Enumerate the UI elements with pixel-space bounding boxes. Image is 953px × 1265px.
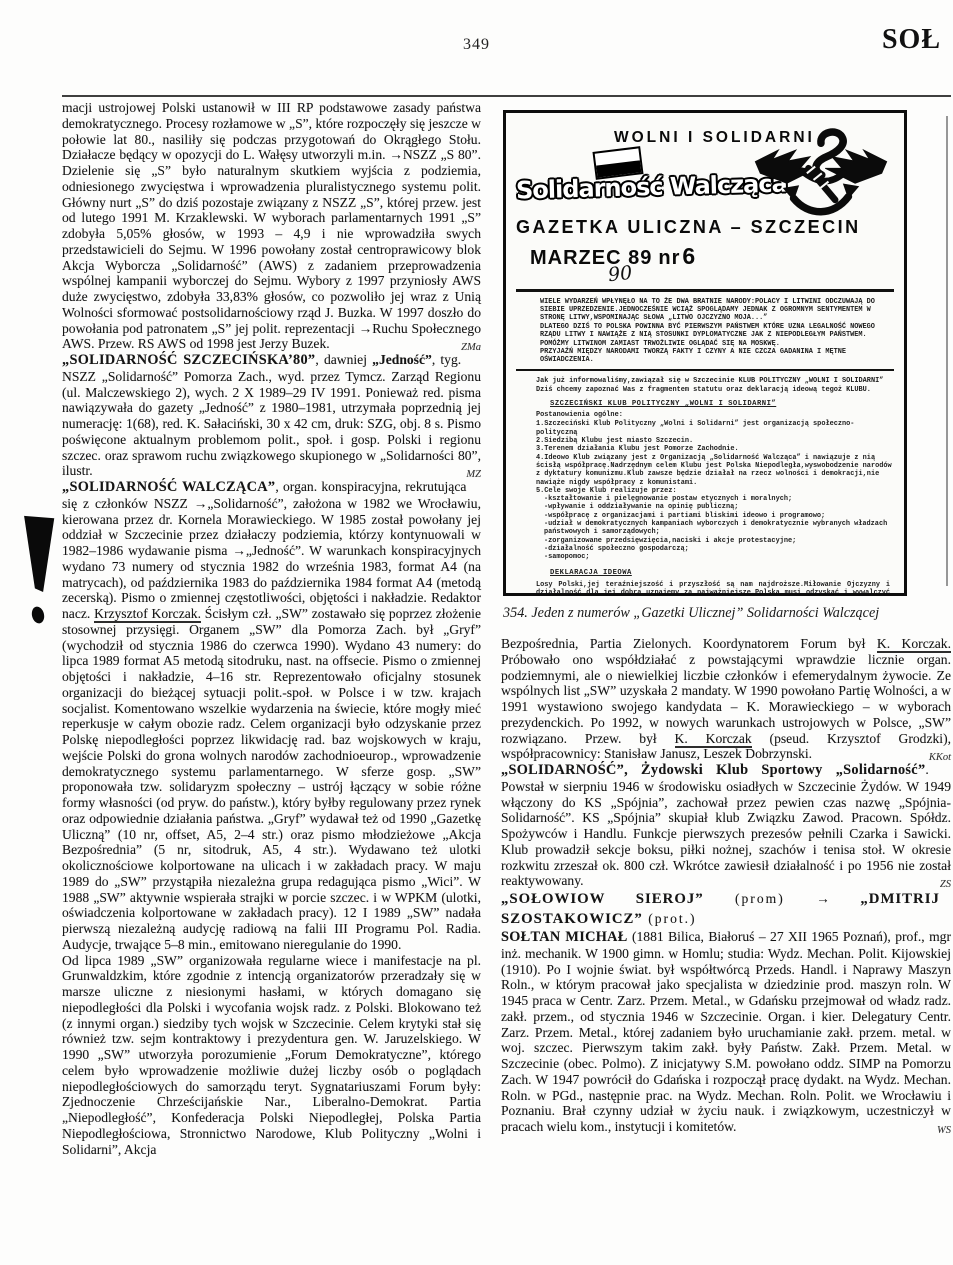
entry-soltan-michal: SOŁTAN MICHAŁ (1881 Bilica, Białoruś – 2… bbox=[501, 929, 951, 1135]
entry-heading: „SOLIDARNOŚĆ SZCZECIŃSKA’80” bbox=[62, 352, 315, 368]
alternate-title: „Jedność” bbox=[372, 352, 432, 367]
entry-solidarnosc-szczecinska-80: „SOLIDARNOŚĆ SZCZECIŃSKA’80”, dawniej „J… bbox=[62, 352, 481, 479]
crossref-note: (prom) bbox=[704, 891, 816, 906]
entry-heading: „SOLIDARNOŚĆ WALCZĄCA” bbox=[62, 479, 275, 495]
editorial-line: DLATEGO DZIŚ TO POLSKA POWINNA BYĆ PIERW… bbox=[540, 323, 892, 340]
gazette-title: GAZETKA ULICZNA – SZCZECIN bbox=[516, 217, 861, 238]
pen-underlined-name: K. Korczak. bbox=[877, 636, 951, 653]
statute-subitem: -samopomoc; bbox=[544, 553, 894, 561]
encyclopedia-page: 349 SOŁ macji ustrojowej Polski ustanowi… bbox=[0, 0, 953, 1265]
editorial-line: POMÓŻMY LITWINOM ZAMIAST TRWOŻLIWIE OGLĄ… bbox=[540, 340, 892, 348]
gazette-lithuania-editorial: WIELE WYDARZEŃ WPŁYNĘŁO NA TO ŻE DWA BRA… bbox=[516, 296, 894, 367]
club-intro-line: Jak już informowaliśmy,zawiązał się w Sz… bbox=[536, 377, 894, 385]
statute-item: 3.Terenem działania Klubu jest Pomorze Z… bbox=[536, 445, 894, 453]
gazette-club-statute-block: Jak już informowaliśmy,zawiązał się w Sz… bbox=[516, 375, 894, 596]
printed-year: 89 bbox=[628, 247, 652, 269]
author-initials: KKot bbox=[929, 750, 951, 766]
entry-solidarnosc-walczaca: „SOLIDARNOŚĆ WALCZĄCA”, organ. konspirac… bbox=[62, 479, 481, 953]
author-initials: MZ bbox=[466, 467, 481, 483]
statute-subitem: -kształtowanie i pielęgnowanie postaw et… bbox=[544, 495, 894, 503]
paragraph-solidarnosc-continuation: macji ustrojowej Polski ustanowił w III … bbox=[62, 100, 481, 352]
right-column: WOLNI I SOLIDARNI Solidarność Walcząca bbox=[501, 100, 951, 1139]
pen-underlined-name: K. Korczak bbox=[675, 731, 752, 748]
page-number: 349 bbox=[0, 36, 953, 54]
issue-label: nr bbox=[658, 247, 680, 269]
handwritten-year: 90 bbox=[607, 262, 633, 286]
issue-number: 6 bbox=[682, 243, 696, 269]
sw-eagle-anchor-emblem-icon bbox=[748, 125, 894, 229]
entry-text: Bezpośrednia, Partia Zielonych. Koordyna… bbox=[501, 636, 877, 651]
entry-text: , organ. konspiracyjna, rekrutująca się … bbox=[62, 479, 481, 621]
gazette-figure: WOLNI I SOLIDARNI Solidarność Walcząca bbox=[503, 110, 907, 596]
entry-heading: „SOLIDARNOŚĆ”, Żydowski Klub Sportowy „S… bbox=[501, 762, 925, 778]
header-rule bbox=[62, 95, 951, 97]
statute-item: 1.Szczeciński Klub Polityczny „Wolni i S… bbox=[536, 420, 894, 437]
entry-solidarnosc-walczaca-continuation: Bezpośrednia, Partia Zielonych. Koordyna… bbox=[501, 636, 951, 762]
entry-text: , dawniej bbox=[315, 352, 372, 367]
statute-subitem: -zorganizowane przedsięwzięcia,naciski i… bbox=[544, 537, 894, 545]
author-initials: WS bbox=[937, 1123, 951, 1139]
entry-text: , tyg. NSZZ „Solidarność” Pomorza Zach.,… bbox=[62, 352, 481, 478]
entry-solowiow-sieroj-crossref: „SOŁOWIOW SIEROJ” (prom) → „DMITRIJ SZOS… bbox=[501, 889, 951, 929]
entry-solidarnosc-walczaca-paragraph-2: Od lipca 1989 „SW” organizowała regularn… bbox=[62, 953, 481, 1158]
crossref-arrow-icon: → bbox=[816, 891, 830, 906]
gazette-masthead: WOLNI I SOLIDARNI Solidarność Walcząca bbox=[516, 121, 894, 287]
declaration-title: DEKLARACJA IDEOWA bbox=[550, 569, 894, 577]
entry-zydowski-klub-sportowy: „SOLIDARNOŚĆ”, Żydowski Klub Sportowy „S… bbox=[501, 762, 951, 889]
declaration-text: Losy Polski,jej teraźniejszość i przyszł… bbox=[536, 581, 894, 596]
margin-exclamation-mark bbox=[24, 512, 60, 644]
pen-underlined-name: Krzysztof Korczak. bbox=[94, 606, 201, 623]
crossref-title: „SOŁOWIOW SIEROJ” bbox=[501, 891, 704, 907]
general-provisions-label: Postanowienia ogólne: bbox=[536, 411, 894, 419]
editorial-line: WIELE WYDARZEŃ WPŁYNĘŁO NA TO ŻE DWA BRA… bbox=[540, 298, 892, 323]
statute-subitem: -współpracę z organizacjami i partiami b… bbox=[544, 512, 894, 520]
club-intro-line: Dziś chcemy zapoznać Was z fragmentem st… bbox=[536, 386, 894, 394]
gazette-rule bbox=[516, 289, 894, 292]
statute-item: 5.Cele swoje Klub realizuje przez: bbox=[536, 487, 894, 495]
entry-heading: SOŁTAN MICHAŁ bbox=[501, 929, 628, 945]
figure-caption: 354. Jeden z numerów „Gazetki Ulicznej” … bbox=[503, 605, 951, 622]
statute-item: 2.Siedzibą Klubu jest miasto Szczecin. bbox=[536, 437, 894, 445]
solidarnosc-walczaca-graffiti-logo: Solidarność Walcząca bbox=[516, 169, 787, 204]
gazette-rule bbox=[516, 369, 894, 372]
statute-title: SZCZECIŃSKI KLUB POLITYCZNY „WOLNI I SOL… bbox=[550, 400, 894, 408]
statute-subitem: -udział w demokratycznych kampaniach wyb… bbox=[544, 520, 894, 537]
statute-subitem: -działalność społeczno gospodarczą; bbox=[544, 545, 894, 553]
author-initials: ZMa bbox=[461, 340, 481, 356]
statute-subitem: -wpływanie i oddziaływanie na opinię pub… bbox=[544, 503, 894, 511]
paragraph-text: macji ustrojowej Polski ustanowił w III … bbox=[62, 100, 481, 351]
left-column: macji ustrojowej Polski ustanowił w III … bbox=[62, 100, 481, 1157]
crossref-note: (prot.) bbox=[643, 911, 697, 926]
entry-text: Ścisłym czł. „SW” zostawało się poprzez … bbox=[62, 606, 481, 952]
editorial-line: PRZYJAŹŃ MIĘDZY NARODAMI TWORZĄ FAKTY I … bbox=[540, 348, 892, 365]
entry-text: . Powstał w sierpniu 1946 w środowisku o… bbox=[501, 762, 951, 888]
entry-text: (1881 Bilica, Białoruś – 27 XII 1965 Poz… bbox=[501, 929, 951, 1134]
statute-item: 4.Ideowo Klub związany jest z Organizacj… bbox=[536, 454, 894, 487]
section-label: SOŁ bbox=[882, 24, 941, 56]
entry-text: Od lipca 1989 „SW” organizowała regularn… bbox=[62, 953, 481, 1157]
author-initials: ZS bbox=[940, 877, 951, 893]
